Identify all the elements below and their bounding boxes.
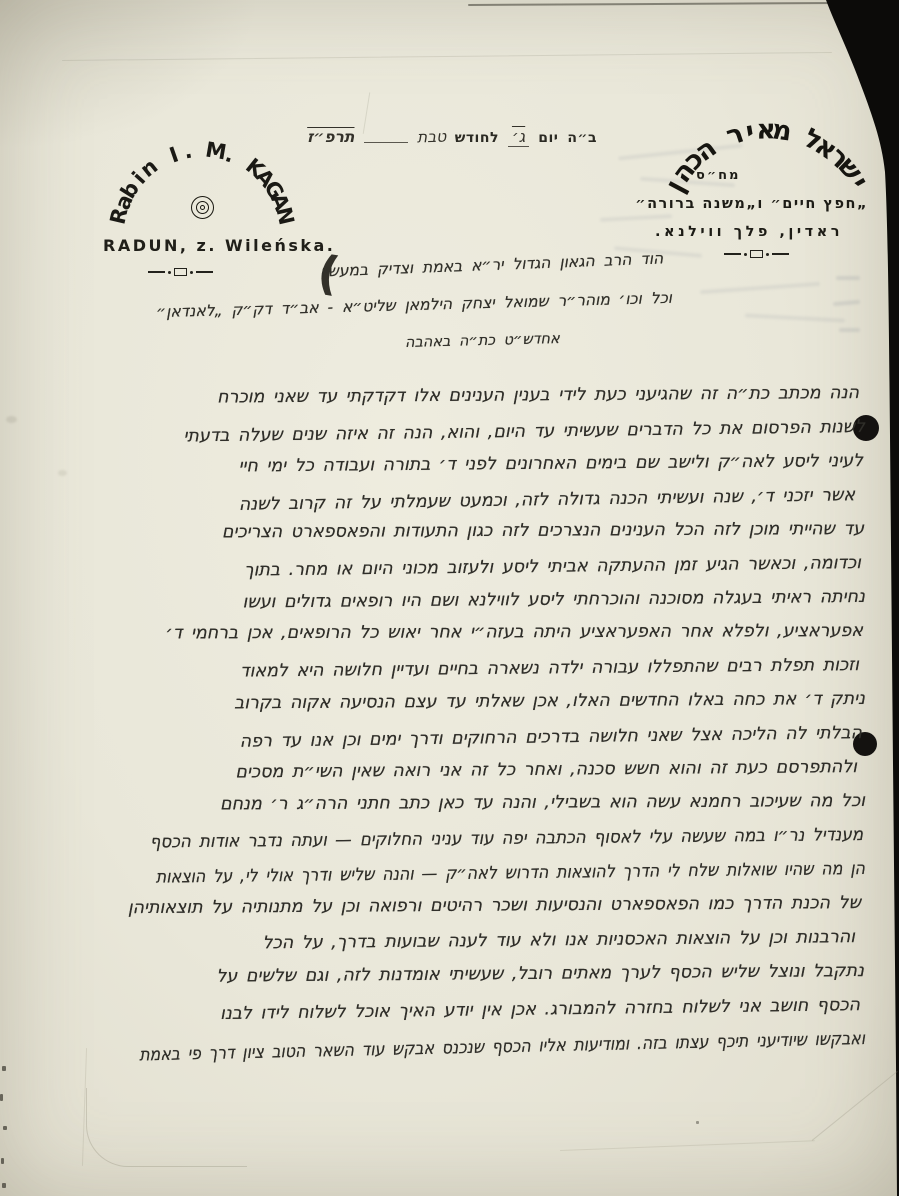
edge-speck bbox=[0, 1094, 3, 1101]
date-year-value-handwritten: תרפ״ז bbox=[307, 128, 354, 146]
letterhead-author-abbrev: מח״ס bbox=[696, 168, 740, 183]
handwritten-line: וכל מה שעיכוב רחמנא עשה הוא בשבילי, והנה… bbox=[65, 784, 865, 822]
handwritten-line: של הכנת הדרך כמו הפאספארט והנסיעות ושכר … bbox=[65, 886, 865, 926]
letterhead-works-line: „חפץ חיים״ ו„משנה ברורה״ bbox=[635, 196, 868, 212]
date-month-label: לחודש bbox=[455, 130, 499, 146]
scanned-letter-page: Rabin I. M. KAGAN RADUN, z. Wileńska. יש… bbox=[0, 0, 899, 1196]
handwritten-line: עד שהייתי מוכן לזה הכל הענינים הנצרכים ל… bbox=[65, 512, 865, 550]
paper-corner-crease bbox=[86, 1088, 247, 1167]
handwritten-line: אפעראציע, ולפלא אחר האפעראציע היתה בעזה״… bbox=[65, 614, 865, 651]
edge-speck bbox=[2, 1183, 6, 1188]
edge-speck bbox=[2, 1066, 6, 1071]
date-month-value-handwritten: טבת bbox=[416, 127, 446, 146]
date-blank-line bbox=[364, 141, 408, 143]
date-day-label: יום bbox=[538, 130, 558, 146]
edge-speck bbox=[696, 1121, 699, 1124]
concentric-circles-emblem-icon bbox=[191, 196, 214, 219]
letter-body: הנה מכתב כת״ה זה שהגיעני כעת לידי בענין … bbox=[65, 376, 865, 1056]
paper-smudge bbox=[6, 416, 17, 423]
date-bh: ב״ה bbox=[567, 130, 597, 146]
handwritten-line: לעיני ליסע לאה״ק ולישב שם בימים האחרונים… bbox=[65, 444, 865, 485]
divider-ornament-icon bbox=[148, 268, 213, 276]
handwritten-line: הנה מכתב כת״ה זה שהגיעני כעת לידי בענין … bbox=[65, 376, 865, 416]
letterhead-left-address: RADUN, z. Wileńska. bbox=[103, 236, 335, 255]
letterhead-right-address: ראדין, פלך ווילנא. bbox=[655, 224, 843, 240]
edge-speck bbox=[3, 1126, 7, 1130]
edge-speck bbox=[1, 1158, 4, 1164]
date-day-value-handwritten: ג׳ bbox=[508, 127, 529, 147]
date-line: ב״ה יום ג׳ לחודש טבת תרפ״ז bbox=[307, 127, 597, 147]
handwritten-line: ניתק ד׳ את כחה באלו החדשים האלו, אכן שאל… bbox=[65, 682, 865, 722]
divider-ornament-icon bbox=[724, 250, 789, 258]
